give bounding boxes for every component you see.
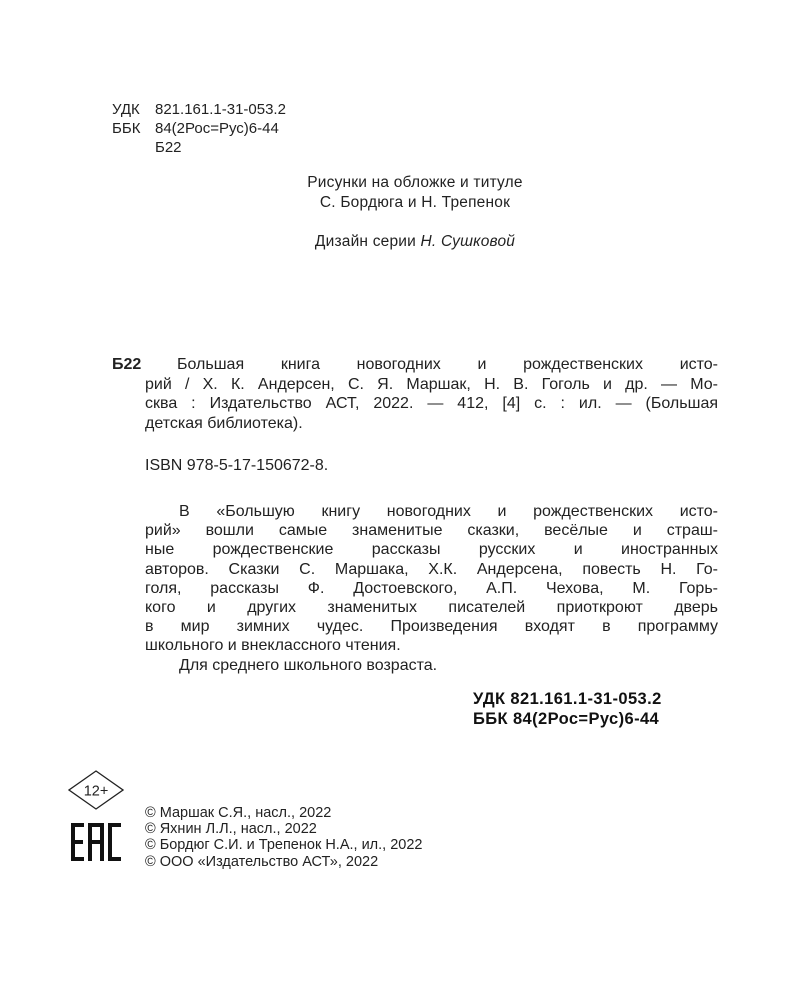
record-body: Большая книга новогодних и рождественски… [145,355,718,433]
illustrations-line-1: Рисунки на обложке и титуле [200,173,630,193]
annotation-line: школьного и внеклассного чтения. [145,636,718,655]
copyright-item: © Бордюг С.И. и Трепенок Н.А., ил., 2022 [145,837,422,853]
author-mark-row: Б22 [112,138,286,157]
record-line: сква : Издательство АСТ, 2022. — 412, [4… [145,394,718,414]
design-name: Н. Сушковой [421,233,516,250]
diamond-icon: 12+ [68,770,124,810]
audience-note: Для среднего школьного возраста. [145,656,718,675]
record-code: Б22 [112,355,141,375]
author-mark: Б22 [155,139,182,156]
bottom-bbk: ББК 84(2Рос=Рус)6-44 [473,710,662,730]
copyright-item: © Маршак С.Я., насл., 2022 [145,805,422,821]
design-credit: Дизайн серии Н. Сушковой [200,232,630,252]
design-label: Дизайн серии [315,233,416,250]
annotation-line: ные рождественские рассказы русских и ин… [145,540,718,559]
record-line: детская библиотека). [145,414,718,434]
annotation-line: авторов. Сказки С. Маршака, Х.К. Андерсе… [145,560,718,579]
annotation: В «Большую книгу новогодних и рождествен… [145,502,718,675]
age-rating-text: 12+ [84,784,109,800]
copyright-item: © ООО «Издательство АСТ», 2022 [145,854,422,870]
udk-label: УДК [112,100,155,119]
bbk-value: 84(2Рос=Рус)6-44 [155,120,279,137]
udk-row: УДК821.161.1-31-053.2 [112,100,286,119]
eac-mark [70,822,122,862]
annotation-line: голя, рассказы Ф. Достоевского, А.П. Чех… [145,579,718,598]
top-classification: УДК821.161.1-31-053.2 ББК84(2Рос=Рус)6-4… [112,100,286,157]
annotation-line: кого и других знаменитых писателей приот… [145,598,718,617]
udk-value: 821.161.1-31-053.2 [155,101,286,118]
copyright-item: © Яхнин Л.Л., насл., 2022 [145,821,422,837]
bottom-udk: УДК 821.161.1-31-053.2 [473,690,662,710]
bbk-row: ББК84(2Рос=Рус)6-44 [112,119,286,138]
bbk-label: ББК [112,119,155,138]
annotation-line: рий» вошли самые знаменитые сказки, весё… [145,521,718,540]
bottom-classification: УДК 821.161.1-31-053.2 ББК 84(2Рос=Рус)6… [473,690,662,729]
eac-icon [70,822,122,862]
record-line: рий / Х. К. Андерсен, С. Я. Маршак, Н. В… [145,375,718,395]
illustrations-line-2: С. Бордюга и Н. Трепенок [200,193,630,213]
annotation-line: в мир зимних чудес. Произведения входят … [145,617,718,636]
isbn: ISBN 978-5-17-150672-8. [145,456,328,475]
annotation-line: В «Большую книгу новогодних и рождествен… [145,502,718,521]
copyright-list: © Маршак С.Я., насл., 2022 © Яхнин Л.Л.,… [145,805,422,870]
record-line: Большая книга новогодних и рождественски… [177,355,718,375]
illustration-credits: Рисунки на обложке и титуле С. Бордюга и… [200,173,630,213]
bibliographic-record: Б22 Большая книга новогодних и рождестве… [112,355,718,433]
age-rating-badge: 12+ [68,770,124,810]
